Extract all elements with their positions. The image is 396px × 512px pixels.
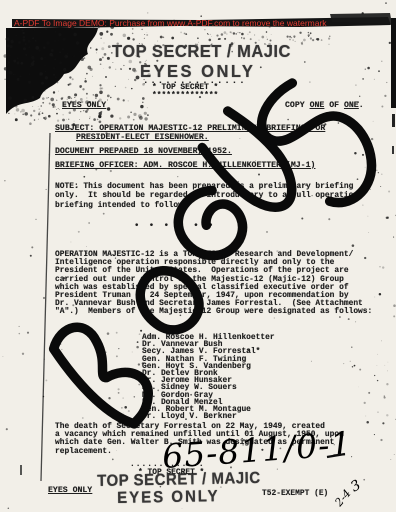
watermark-text: A-PDF To Image DEMO: Purchase from www.A…: [14, 18, 327, 28]
scanned-document-page: A-PDF To Image DEMO: Purchase from www.A…: [0, 0, 396, 512]
handwritten-file-number: 65-811/0-1: [161, 424, 354, 476]
bogus-scrawl-handwriting: 65-811/0-1 3 2-4: [0, 0, 396, 512]
scrawl-letter-b: [45, 317, 160, 431]
scrawl-letter-o: [128, 259, 210, 341]
handwritten-corner-note-bottom: 2-4: [332, 487, 354, 510]
scrawl-letter-s: [249, 72, 392, 213]
